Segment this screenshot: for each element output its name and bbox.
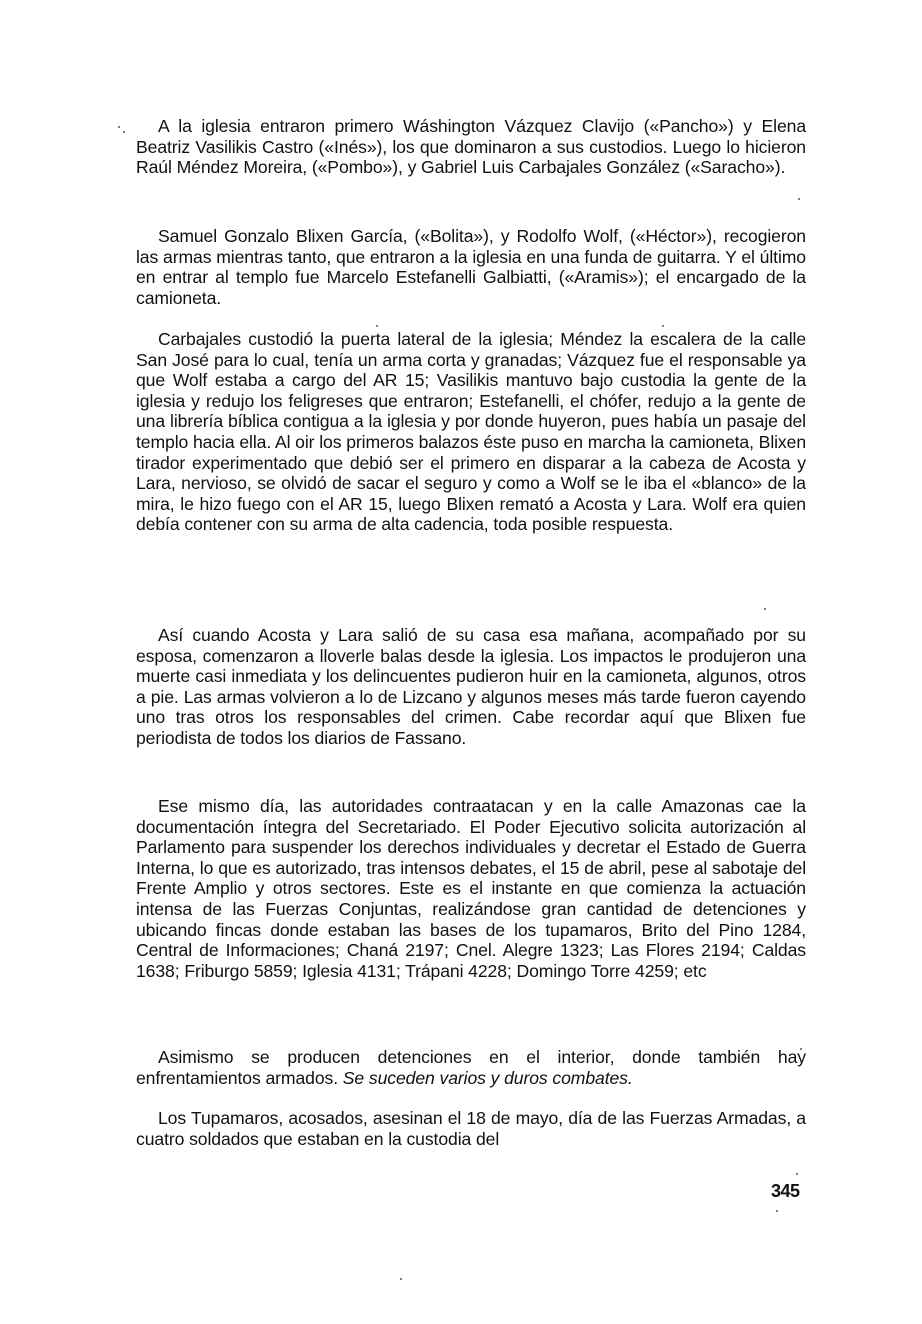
- paragraph-interior-italic: Se suceden varios y duros combates.: [338, 1068, 633, 1088]
- paragraph-weapons: Samuel Gonzalo Blixen García, («Bolita»)…: [136, 226, 806, 308]
- paragraph-may-18: Los Tupamaros, acosados, asesinan el 18 …: [136, 1108, 806, 1149]
- document-page: A la iglesia entraron primero Wáshington…: [0, 0, 922, 1324]
- scan-speck: [764, 608, 766, 610]
- paragraph-church-entry: A la iglesia entraron primero Wáshington…: [136, 116, 806, 178]
- scan-speck: [796, 1173, 798, 1175]
- scan-speck: [400, 1278, 402, 1280]
- scan-speck: [798, 198, 800, 200]
- paragraph-attack: Así cuando Acosta y Lara salió de su cas…: [136, 625, 806, 749]
- scan-speck: [376, 325, 378, 327]
- scan-speck: [776, 1210, 778, 1212]
- page-number: 345: [771, 1181, 800, 1202]
- scan-speck: [123, 131, 125, 133]
- scan-speck: [800, 1048, 802, 1050]
- scan-speck: [118, 126, 120, 128]
- paragraph-positions: Carbajales custodió la puerta lateral de…: [136, 329, 806, 535]
- paragraph-counterattack: Ese mismo día, las autoridades contraata…: [136, 796, 806, 981]
- paragraph-interior: Asimismo se producen detenciones en el i…: [136, 1047, 806, 1088]
- scan-speck: [662, 325, 664, 327]
